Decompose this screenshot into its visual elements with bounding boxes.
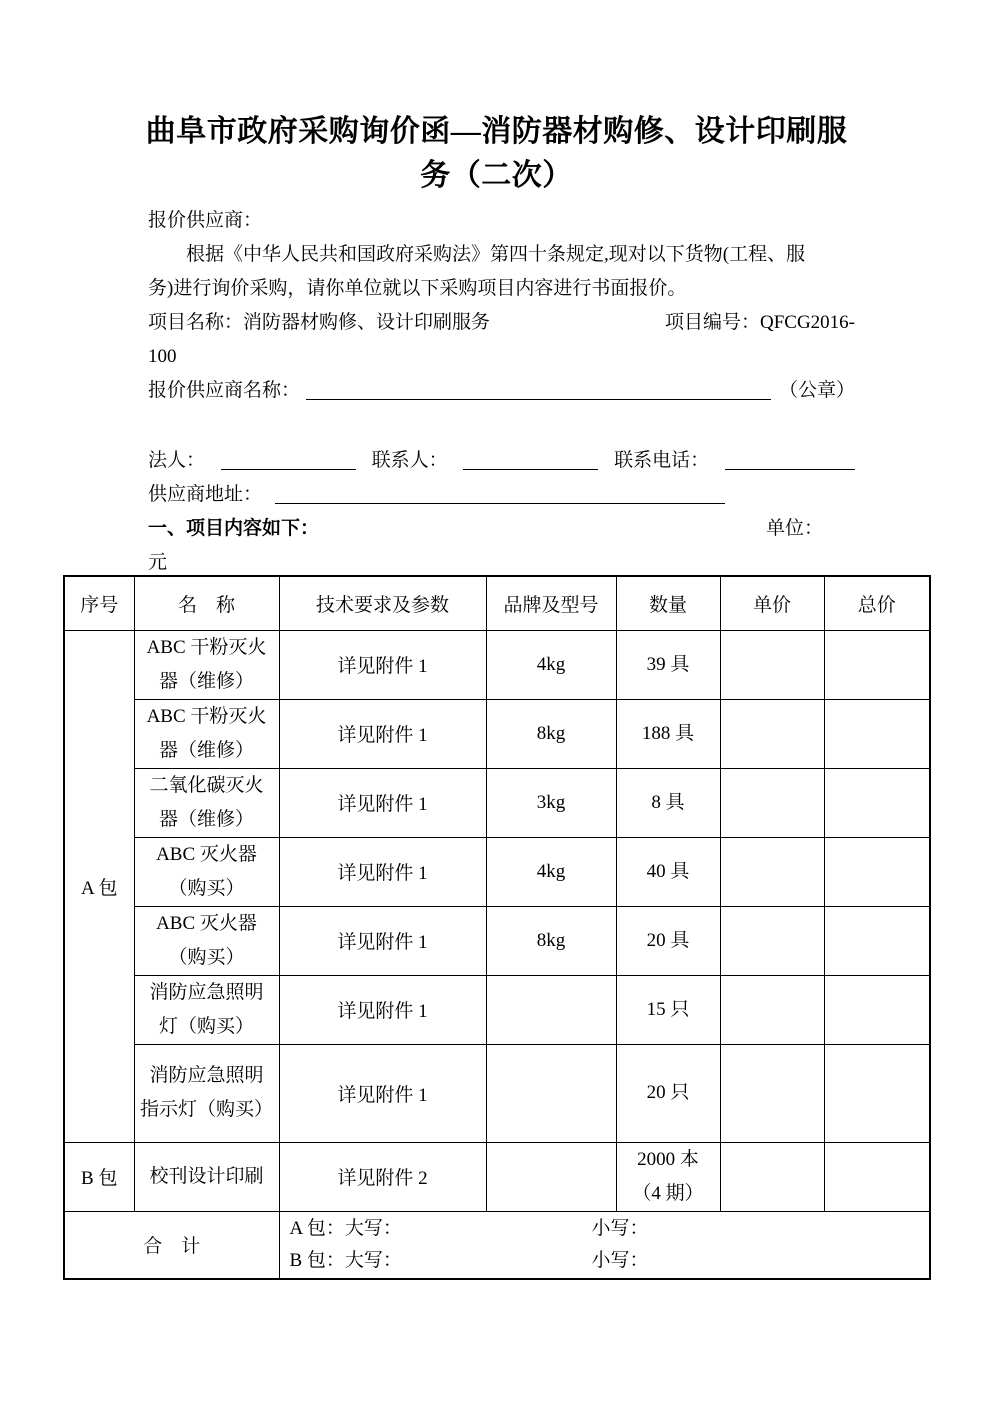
supplier-name-line: 报价供应商名称： （公章） bbox=[148, 374, 855, 408]
item-qty-cell: 20 只 bbox=[616, 1044, 720, 1142]
item-brand-cell: 3kg bbox=[486, 768, 616, 837]
project-line: 项目名称：消防器材购修、设计印刷服务 项目编号：QFCG2016- bbox=[148, 306, 855, 340]
total-label-cell: 合 计 bbox=[64, 1211, 279, 1279]
address-line: 供应商地址： bbox=[148, 478, 855, 512]
item-name-cell: 消防应急照明 灯（购买） bbox=[134, 975, 279, 1044]
item-unit-price-cell[interactable] bbox=[720, 1044, 824, 1142]
supplier-name-label: 报价供应商名称： bbox=[148, 374, 300, 408]
total-row: 合 计 A 包：大写： 小写： B 包：大写： 小写： bbox=[64, 1211, 930, 1279]
table-row: B 包 校刊设计印刷 详见附件 2 2000 本 （4 期） bbox=[64, 1142, 930, 1211]
item-spec-cell: 详见附件 2 bbox=[279, 1142, 486, 1211]
package-b-cell: B 包 bbox=[64, 1142, 134, 1211]
address-label: 供应商地址： bbox=[148, 484, 262, 505]
header-unit-price: 单价 bbox=[720, 576, 824, 630]
contact-label: 联系人： bbox=[372, 444, 448, 478]
item-spec-cell: 详见附件 1 bbox=[279, 1044, 486, 1142]
header-seq: 序号 bbox=[64, 576, 134, 630]
header-total-price: 总价 bbox=[824, 576, 930, 630]
item-brand-cell: 8kg bbox=[486, 906, 616, 975]
item-qty-cell: 20 具 bbox=[616, 906, 720, 975]
item-name-cell: 消防应急照明 指示灯（购买） bbox=[134, 1044, 279, 1142]
item-spec-cell: 详见附件 1 bbox=[279, 975, 486, 1044]
item-qty-cell: 2000 本 （4 期） bbox=[616, 1142, 720, 1211]
phone-blank[interactable] bbox=[725, 469, 855, 470]
item-total-price-cell[interactable] bbox=[824, 699, 930, 768]
item-spec-cell: 详见附件 1 bbox=[279, 837, 486, 906]
item-name-cell: 校刊设计印刷 bbox=[134, 1142, 279, 1211]
table-header-row: 序号 名 称 技术要求及参数 品牌及型号 数量 单价 总价 bbox=[64, 576, 930, 630]
intro-block: 报价供应商： 根据《中华人民共和国政府采购法》第四十条规定,现对以下货物(工程、… bbox=[148, 204, 855, 580]
item-total-price-cell[interactable] bbox=[824, 1044, 930, 1142]
item-name-cell: 二氧化碳灭火 器（维修） bbox=[134, 768, 279, 837]
item-qty-cell: 40 具 bbox=[616, 837, 720, 906]
table-row: ABC 干粉灭火 器（维修） 详见附件 1 8kg 188 具 bbox=[64, 699, 930, 768]
section-heading-line: 一、项目内容如下： 单位： bbox=[148, 512, 855, 546]
item-total-price-cell[interactable] bbox=[824, 1142, 930, 1211]
item-total-price-cell[interactable] bbox=[824, 630, 930, 699]
table-row: A 包 ABC 干粉灭火 器（维修） 详见附件 1 4kg 39 具 bbox=[64, 630, 930, 699]
item-unit-price-cell[interactable] bbox=[720, 975, 824, 1044]
total-b-lowercase-label[interactable]: 小写： bbox=[592, 1245, 649, 1277]
legal-person-label: 法人： bbox=[148, 444, 205, 478]
item-unit-price-cell[interactable] bbox=[720, 906, 824, 975]
contact-blank[interactable] bbox=[463, 469, 598, 470]
item-name-cell: ABC 灭火器 （购买） bbox=[134, 837, 279, 906]
item-brand-cell: 4kg bbox=[486, 630, 616, 699]
total-a-lowercase-label[interactable]: 小写： bbox=[592, 1213, 649, 1245]
item-total-price-cell[interactable] bbox=[824, 768, 930, 837]
item-brand-cell bbox=[486, 1044, 616, 1142]
item-brand-cell: 8kg bbox=[486, 699, 616, 768]
project-name-text: 项目名称：消防器材购修、设计印刷服务 bbox=[148, 306, 490, 340]
item-total-price-cell[interactable] bbox=[824, 906, 930, 975]
legal-basis-paragraph: 根据《中华人民共和国政府采购法》第四十条规定,现对以下货物(工程、服 务)进行询… bbox=[148, 238, 855, 306]
header-brand: 品牌及型号 bbox=[486, 576, 616, 630]
item-unit-price-cell[interactable] bbox=[720, 768, 824, 837]
item-qty-cell: 15 只 bbox=[616, 975, 720, 1044]
item-name-cell: ABC 干粉灭火 器（维修） bbox=[134, 630, 279, 699]
header-spec: 技术要求及参数 bbox=[279, 576, 486, 630]
address-blank[interactable] bbox=[275, 503, 725, 504]
item-unit-price-cell[interactable] bbox=[720, 1142, 824, 1211]
project-number-text: 项目编号：QFCG2016- bbox=[665, 306, 855, 340]
document-page: 曲阜市政府采购询价函—消防器材购修、设计印刷服 务（二次） 报价供应商： 根据《… bbox=[0, 0, 993, 1280]
item-name-cell: ABC 干粉灭火 器（维修） bbox=[134, 699, 279, 768]
item-spec-cell: 详见附件 1 bbox=[279, 699, 486, 768]
item-spec-cell: 详见附件 1 bbox=[279, 906, 486, 975]
item-unit-price-cell[interactable] bbox=[720, 699, 824, 768]
item-brand-cell bbox=[486, 1142, 616, 1211]
table-row: ABC 灭火器 （购买） 详见附件 1 4kg 40 具 bbox=[64, 837, 930, 906]
item-spec-cell: 详见附件 1 bbox=[279, 630, 486, 699]
table-row: 二氧化碳灭火 器（维修） 详见附件 1 3kg 8 具 bbox=[64, 768, 930, 837]
seal-label: （公章） bbox=[779, 374, 855, 408]
item-unit-price-cell[interactable] bbox=[720, 837, 824, 906]
supplier-heading: 报价供应商： bbox=[148, 204, 855, 238]
item-brand-cell bbox=[486, 975, 616, 1044]
page-title: 曲阜市政府采购询价函—消防器材购修、设计印刷服 务（二次） bbox=[117, 110, 877, 198]
total-a-uppercase-label[interactable]: A 包：大写： bbox=[290, 1213, 592, 1245]
item-brand-cell: 4kg bbox=[486, 837, 616, 906]
item-total-price-cell[interactable] bbox=[824, 975, 930, 1044]
unit-label: 单位： bbox=[766, 512, 823, 546]
total-line-b: B 包：大写： 小写： bbox=[280, 1245, 930, 1277]
package-a-cell: A 包 bbox=[64, 630, 134, 1142]
header-name: 名 称 bbox=[134, 576, 279, 630]
section-heading: 一、项目内容如下： bbox=[148, 512, 319, 546]
item-qty-cell: 39 具 bbox=[616, 630, 720, 699]
item-qty-cell: 8 具 bbox=[616, 768, 720, 837]
phone-label: 联系电话： bbox=[614, 444, 709, 478]
item-unit-price-cell[interactable] bbox=[720, 630, 824, 699]
header-qty: 数量 bbox=[616, 576, 720, 630]
project-number-wrap: 100 bbox=[148, 340, 855, 374]
table-row: ABC 灭火器 （购买） 详见附件 1 8kg 20 具 bbox=[64, 906, 930, 975]
item-total-price-cell[interactable] bbox=[824, 837, 930, 906]
item-qty-cell: 188 具 bbox=[616, 699, 720, 768]
supplier-name-blank[interactable] bbox=[306, 399, 771, 400]
item-spec-cell: 详见附件 1 bbox=[279, 768, 486, 837]
total-content-cell: A 包：大写： 小写： B 包：大写： 小写： bbox=[279, 1211, 930, 1279]
total-b-uppercase-label[interactable]: B 包：大写： bbox=[290, 1245, 592, 1277]
contact-info-line: 法人： 联系人： 联系电话： bbox=[148, 444, 855, 478]
item-name-cell: ABC 灭火器 （购买） bbox=[134, 906, 279, 975]
table-row: 消防应急照明 灯（购买） 详见附件 1 15 只 bbox=[64, 975, 930, 1044]
total-line-a: A 包：大写： 小写： bbox=[280, 1213, 930, 1245]
table-row: 消防应急照明 指示灯（购买） 详见附件 1 20 只 bbox=[64, 1044, 930, 1142]
items-table: 序号 名 称 技术要求及参数 品牌及型号 数量 单价 总价 A 包 ABC 干粉… bbox=[63, 575, 931, 1280]
legal-person-blank[interactable] bbox=[221, 469, 356, 470]
